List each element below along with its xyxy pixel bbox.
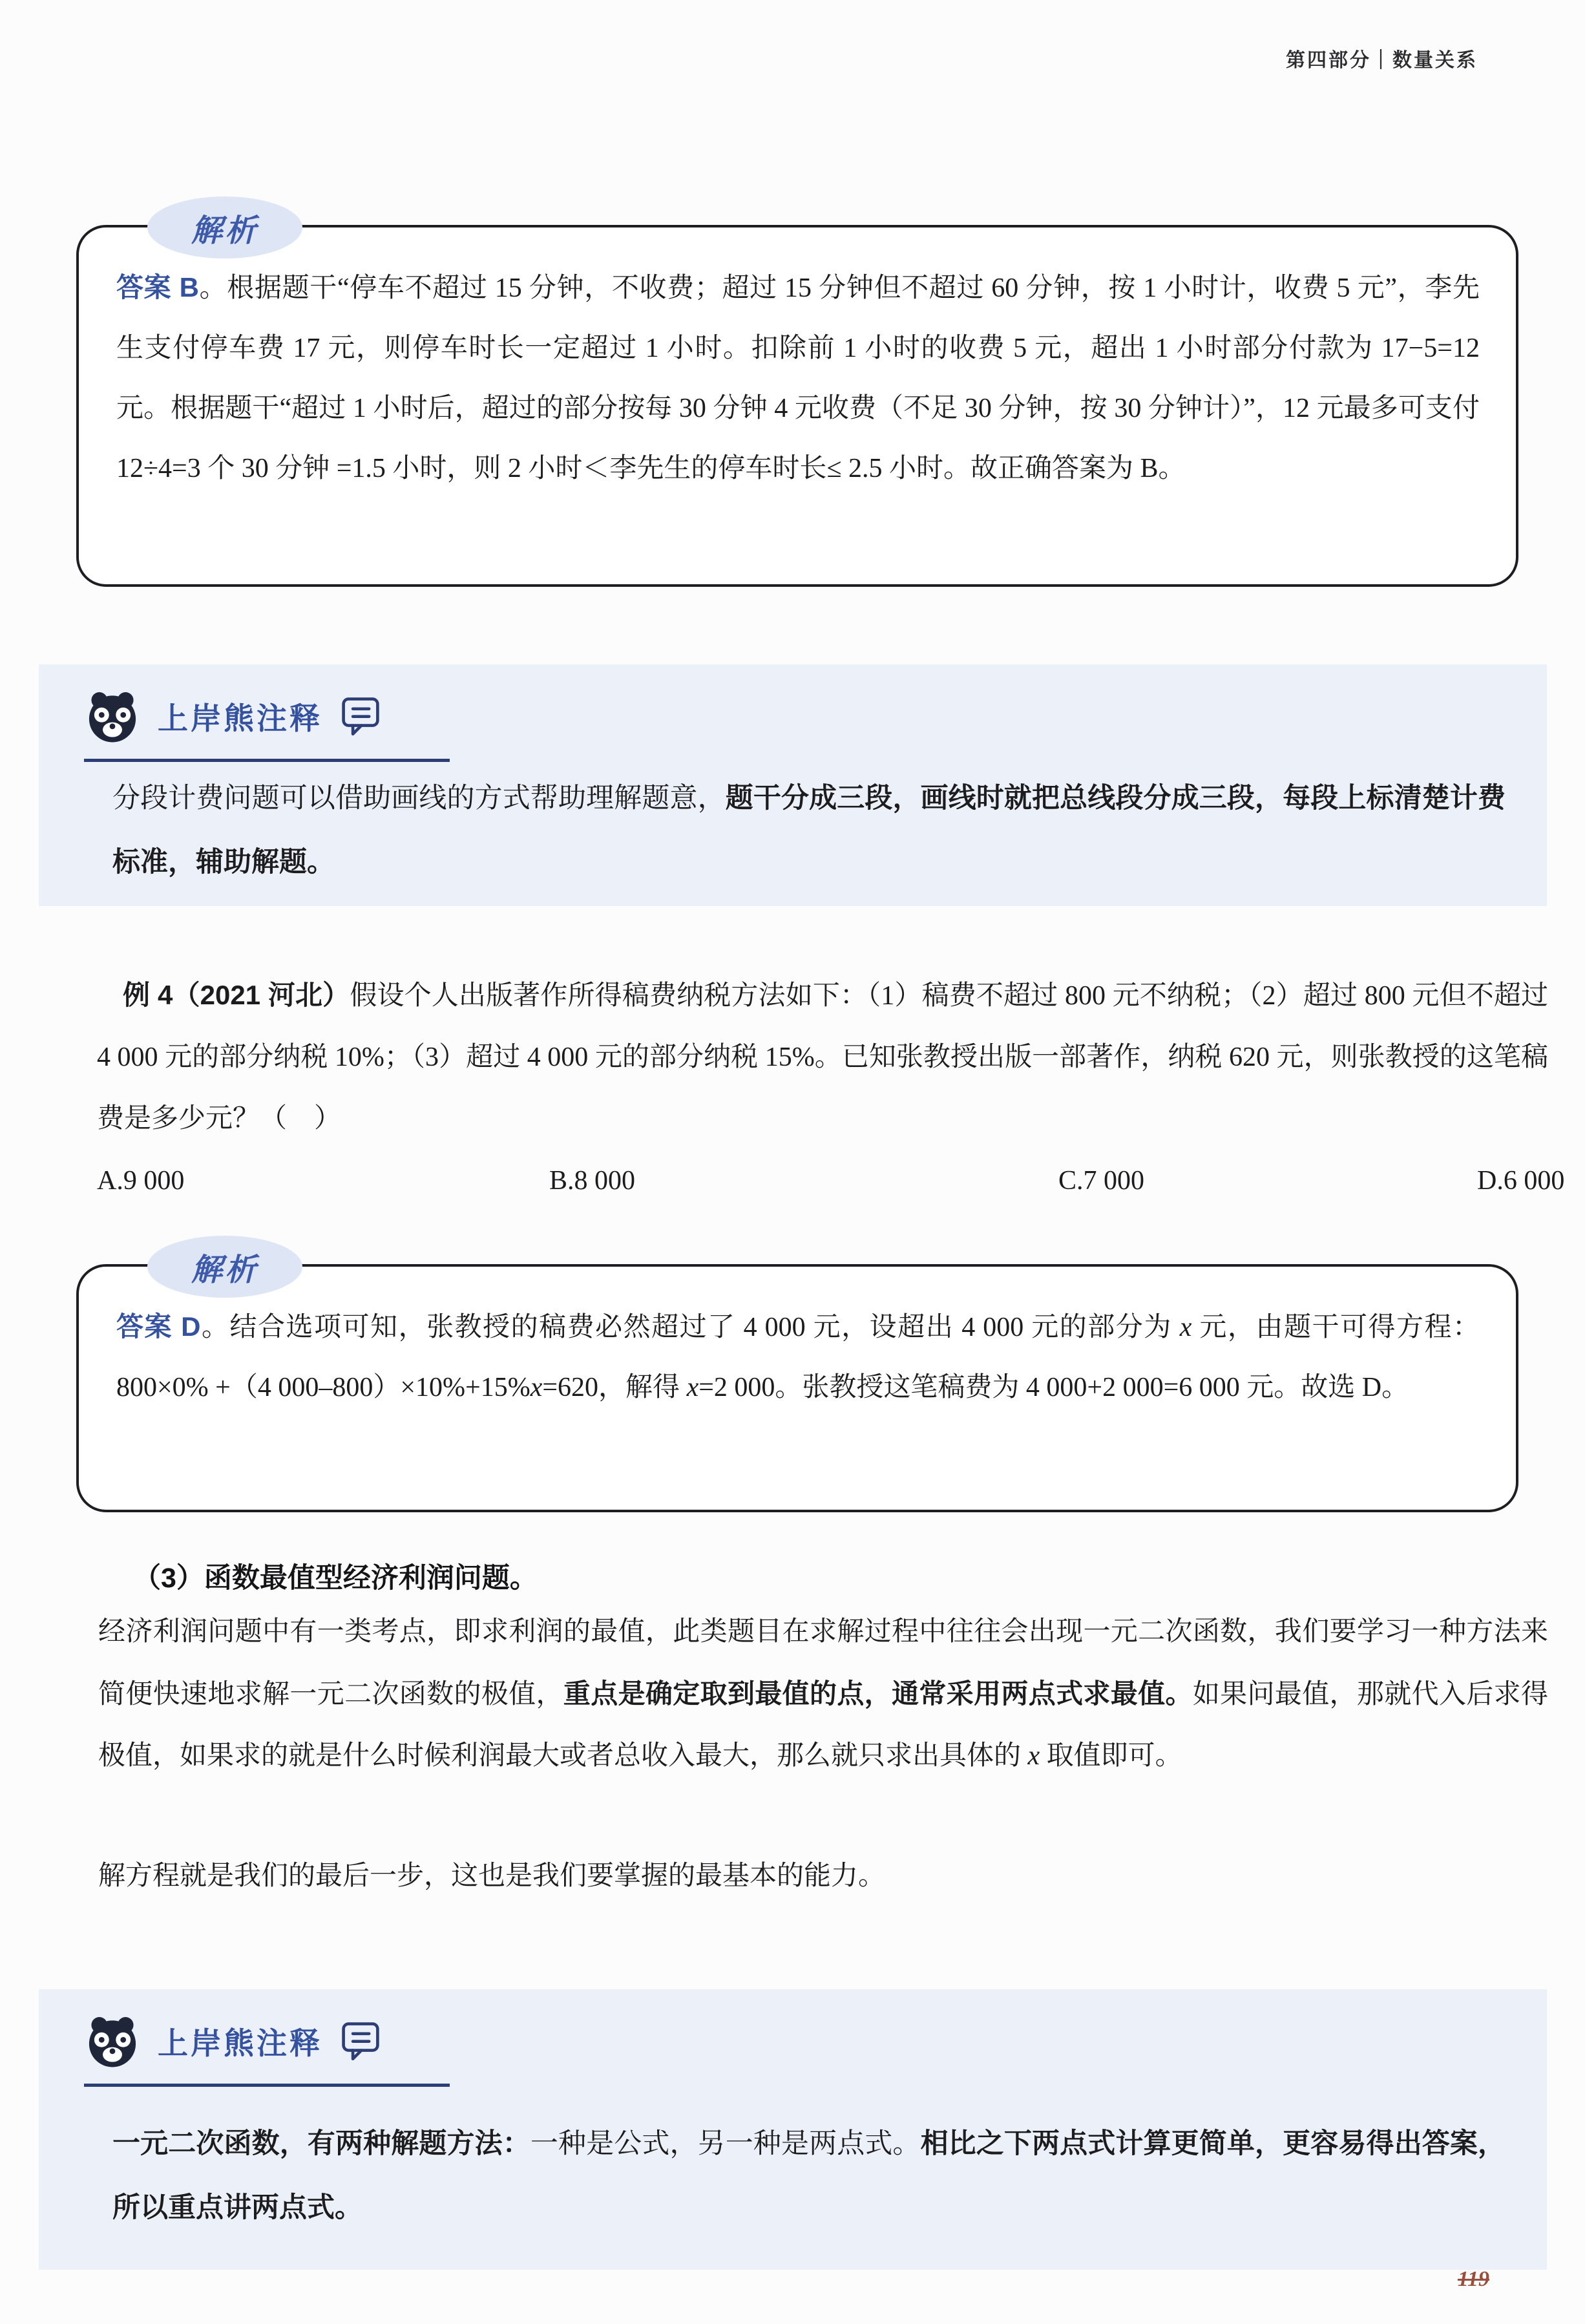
note-section-1: 上岸熊注释 分段计费问题可以借助画线的方式帮助理解题意，题干分成三段，画线时就把…: [39, 664, 1547, 906]
note-text-2: 一元二次函数，有两种解题方法：一种是公式，另一种是两点式。相比之下两点式计算更简…: [112, 2112, 1506, 2240]
example-4-block: 例 4（2021 河北）假设个人出版著作所得稿费纳税方法如下：（1）稿费不超过 …: [97, 964, 1548, 1217]
note-text-1: 分段计费问题可以借助画线的方式帮助理解题意，题干分成三段，画线时就把总线段分成三…: [112, 766, 1506, 894]
comment-bubble-icon: [339, 2020, 382, 2062]
section-3-paragraph-1: 经济利润问题中有一类考点，即求利润的最值，此类题目在求解过程中往往会出现一元二次…: [98, 1601, 1548, 1787]
note-header-2: 上岸熊注释: [84, 2009, 382, 2073]
analysis-text-2: 答案 D。结合选项可知，张教授的稿费必然超过了 4 000 元，设超出 4 00…: [79, 1267, 1516, 1418]
page-header-text: 第四部分｜数量关系: [1286, 50, 1478, 71]
analysis-badge-1: 解析: [147, 196, 302, 259]
option-b: B.8 000: [549, 1165, 635, 1196]
bear-icon: [84, 2012, 141, 2069]
analysis-badge-2: 解析: [147, 1236, 302, 1298]
option-c: C.7 000: [1058, 1165, 1144, 1196]
textbook-page: 第四部分｜数量关系 解析 答案 B。根据题干“停车不超过 15 分钟，不收费；超…: [0, 0, 1585, 2324]
note-title: 上岸熊注释: [158, 695, 322, 738]
analysis-box-2: 解析 答案 D。结合选项可知，张教授的稿费必然超过了 4 000 元，设超出 4…: [76, 1264, 1518, 1512]
analysis-badge-label: 解析: [191, 206, 258, 250]
page-header: 第四部分｜数量关系: [1286, 44, 1478, 72]
note-title: 上岸熊注释: [158, 2020, 322, 2063]
note-header-underline: [84, 2084, 450, 2087]
example-question: 例 4（2021 河北）假设个人出版著作所得稿费纳税方法如下：（1）稿费不超过 …: [97, 964, 1548, 1150]
note-header-1: 上岸熊注释: [84, 684, 382, 748]
option-d: D.6 000: [1477, 1165, 1564, 1196]
note-header-underline: [84, 759, 450, 762]
section-3-paragraph-2: 解方程就是我们的最后一步，这也是我们要掌握的最基本的能力。: [98, 1846, 1548, 1907]
analysis-box-1: 解析 答案 B。根据题干“停车不超过 15 分钟，不收费；超过 15 分钟但不超…: [76, 225, 1518, 587]
analysis-text-1: 答案 B。根据题干“停车不超过 15 分钟，不收费；超过 15 分钟但不超过 6…: [79, 227, 1516, 499]
note-section-2: 上岸熊注释 一元二次函数，有两种解题方法：一种是公式，另一种是两点式。相比之下两…: [39, 1989, 1547, 2270]
page-number: 119: [1458, 2267, 1489, 2292]
comment-bubble-icon: [339, 695, 382, 737]
example-options: A.9 000 B.8 000 C.7 000 D.6 000: [97, 1165, 1548, 1217]
bear-icon: [84, 688, 141, 745]
section-3-heading: （3）函数最值型经济利润问题。: [133, 1556, 538, 1596]
analysis-badge-label: 解析: [191, 1245, 258, 1289]
option-a: A.9 000: [97, 1165, 184, 1196]
